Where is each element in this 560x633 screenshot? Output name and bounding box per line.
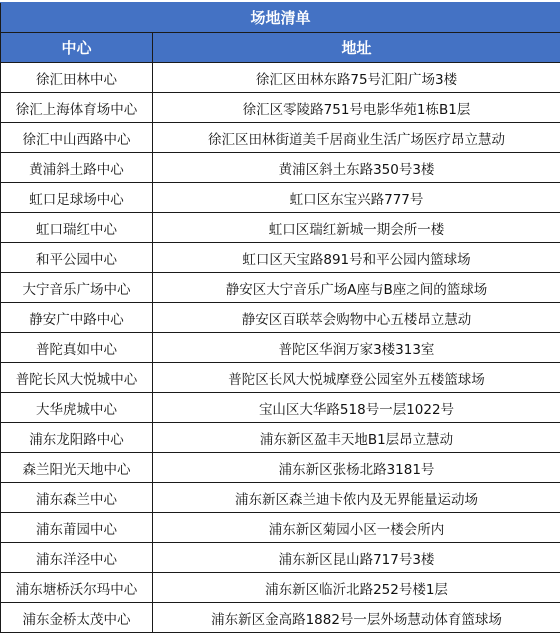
table-body: 徐汇田林中心徐汇区田林东路75号汇阳广场3楼徐汇上海体育场中心徐汇区零陵路751…	[1, 63, 560, 633]
cell-address: 浦东新区盈丰天地B1层昂立慧动	[153, 423, 560, 453]
cell-address: 徐汇区田林东路75号汇阳广场3楼	[153, 63, 560, 93]
cell-address: 静安区百联萃会购物中心五楼昂立慧动	[153, 303, 560, 333]
table-row: 浦东塘桥沃尔玛中心浦东新区临沂北路252号楼1层	[1, 573, 560, 603]
column-header-address: 地址	[153, 33, 560, 63]
table-row: 徐汇上海体育场中心徐汇区零陵路751号电影华苑1栋B1层	[1, 93, 560, 123]
table-header-row: 中心 地址	[1, 33, 560, 63]
cell-address: 普陀区长风大悦城摩登公园室外五楼篮球场	[153, 363, 560, 393]
cell-center: 徐汇中山西路中心	[1, 123, 153, 153]
cell-address: 浦东新区菊园小区一楼会所内	[153, 513, 560, 543]
table-row: 浦东龙阳路中心浦东新区盈丰天地B1层昂立慧动	[1, 423, 560, 453]
cell-center: 浦东森兰中心	[1, 483, 153, 513]
cell-address: 浦东新区昆山路717号3楼	[153, 543, 560, 573]
cell-address: 浦东新区金高路1882号一层外场慧动体育篮球场	[153, 603, 560, 633]
cell-address: 浦东新区临沂北路252号楼1层	[153, 573, 560, 603]
cell-address: 浦东新区森兰迪卡侬内及无界能量运动场	[153, 483, 560, 513]
table-row: 普陀真如中心普陀区华润万家3楼313室	[1, 333, 560, 363]
cell-address: 宝山区大华路518号一层1022号	[153, 393, 560, 423]
column-header-center: 中心	[1, 33, 153, 63]
cell-center: 虹口瑞红中心	[1, 213, 153, 243]
cell-center: 浦东塘桥沃尔玛中心	[1, 573, 153, 603]
cell-address: 浦东新区张杨北路3181号	[153, 453, 560, 483]
cell-address: 徐汇区零陵路751号电影华苑1栋B1层	[153, 93, 560, 123]
venue-list-sheet: 场地清单 中心 地址 徐汇田林中心徐汇区田林东路75号汇阳广场3楼徐汇上海体育场…	[0, 2, 560, 633]
cell-center: 静安广中路中心	[1, 303, 153, 333]
table-row: 和平公园中心虹口区天宝路891号和平公园内篮球场	[1, 243, 560, 273]
cell-address: 黄浦区斜土东路350号3楼	[153, 153, 560, 183]
table-row: 浦东洋泾中心浦东新区昆山路717号3楼	[1, 543, 560, 573]
venue-table: 场地清单 中心 地址 徐汇田林中心徐汇区田林东路75号汇阳广场3楼徐汇上海体育场…	[0, 2, 560, 633]
table-row: 森兰阳光天地中心浦东新区张杨北路3181号	[1, 453, 560, 483]
table-row: 大宁音乐广场中心静安区大宁音乐广场A座与B座之间的篮球场	[1, 273, 560, 303]
table-title-row: 场地清单	[1, 3, 560, 33]
table-row: 静安广中路中心静安区百联萃会购物中心五楼昂立慧动	[1, 303, 560, 333]
table-row: 虹口瑞红中心虹口区瑞红新城一期会所一楼	[1, 213, 560, 243]
cell-center: 普陀真如中心	[1, 333, 153, 363]
cell-center: 和平公园中心	[1, 243, 153, 273]
table-row: 浦东森兰中心浦东新区森兰迪卡侬内及无界能量运动场	[1, 483, 560, 513]
cell-address: 静安区大宁音乐广场A座与B座之间的篮球场	[153, 273, 560, 303]
table-title: 场地清单	[1, 3, 560, 33]
cell-center: 浦东洋泾中心	[1, 543, 153, 573]
cell-center: 森兰阳光天地中心	[1, 453, 153, 483]
table-row: 浦东金桥太茂中心浦东新区金高路1882号一层外场慧动体育篮球场	[1, 603, 560, 633]
cell-center: 普陀长风大悦城中心	[1, 363, 153, 393]
table-row: 徐汇中山西路中心徐汇区田林街道美千居商业生活广场医疗昂立慧动	[1, 123, 560, 153]
cell-address: 徐汇区田林街道美千居商业生活广场医疗昂立慧动	[153, 123, 560, 153]
cell-center: 浦东金桥太茂中心	[1, 603, 153, 633]
table-row: 普陀长风大悦城中心普陀区长风大悦城摩登公园室外五楼篮球场	[1, 363, 560, 393]
cell-center: 虹口足球场中心	[1, 183, 153, 213]
cell-center: 浦东莆园中心	[1, 513, 153, 543]
cell-center: 徐汇上海体育场中心	[1, 93, 153, 123]
table-row: 浦东莆园中心浦东新区菊园小区一楼会所内	[1, 513, 560, 543]
table-row: 徐汇田林中心徐汇区田林东路75号汇阳广场3楼	[1, 63, 560, 93]
cell-center: 浦东龙阳路中心	[1, 423, 153, 453]
cell-address: 虹口区瑞红新城一期会所一楼	[153, 213, 560, 243]
table-row: 黄浦斜土路中心黄浦区斜土东路350号3楼	[1, 153, 560, 183]
cell-address: 虹口区东宝兴路777号	[153, 183, 560, 213]
cell-address: 普陀区华润万家3楼313室	[153, 333, 560, 363]
cell-center: 黄浦斜土路中心	[1, 153, 153, 183]
cell-center: 大华虎城中心	[1, 393, 153, 423]
table-row: 虹口足球场中心虹口区东宝兴路777号	[1, 183, 560, 213]
cell-center: 徐汇田林中心	[1, 63, 153, 93]
cell-address: 虹口区天宝路891号和平公园内篮球场	[153, 243, 560, 273]
cell-center: 大宁音乐广场中心	[1, 273, 153, 303]
table-row: 大华虎城中心宝山区大华路518号一层1022号	[1, 393, 560, 423]
